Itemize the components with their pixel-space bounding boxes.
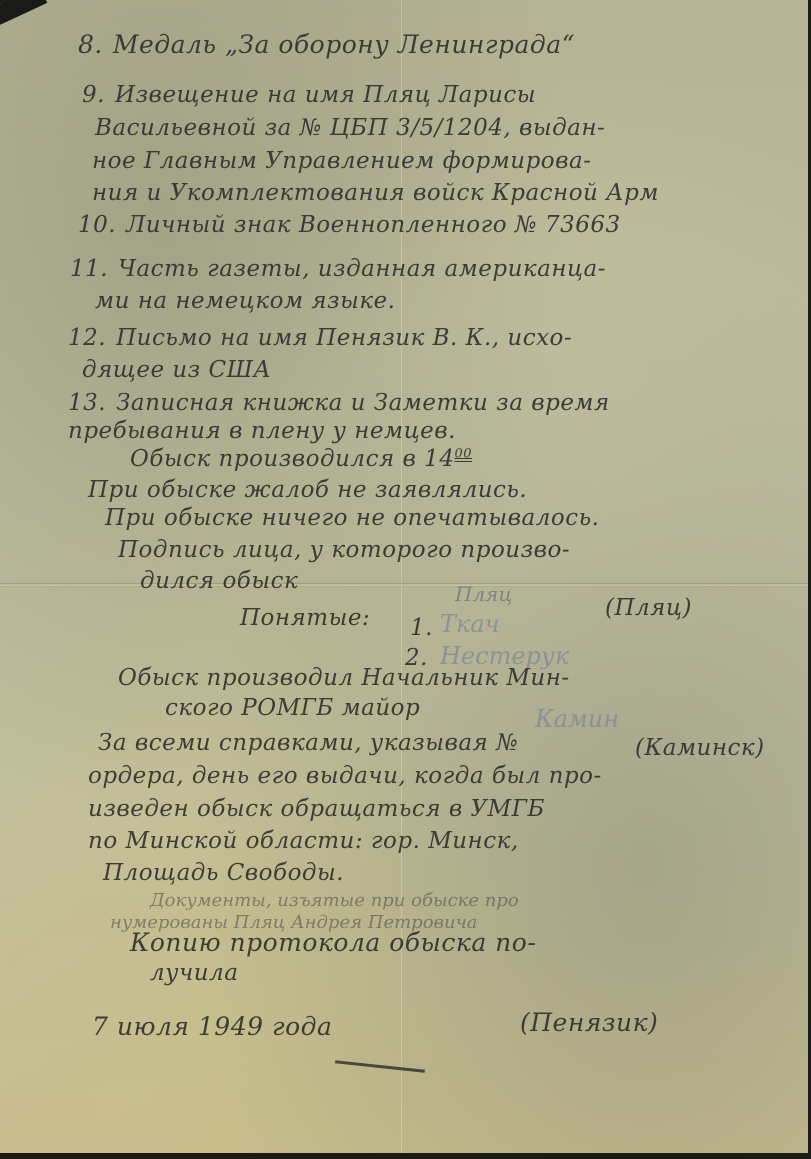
statement-signature-line-1: Подпись лица, у которого произво-	[118, 537, 570, 563]
inquiry-note-line-4: по Минской области: гор. Минск,	[88, 828, 519, 854]
officer-signature: Камин	[535, 705, 619, 733]
document-sheet: 8.Медаль „За оборону Ленинграда“ 9.Извещ…	[0, 0, 808, 1153]
officer-name: (Каминск)	[635, 735, 765, 761]
item-text: Медаль „За оборону Ленинграда“	[113, 30, 575, 59]
item-9: 9.Извещение на имя Пляц Ларисы	[82, 82, 536, 108]
item-9-line-2: Васильевной за № ЦБП 3/5/1204, выдан-	[95, 115, 605, 141]
conducted-by-line-2: ского РОМГБ майор	[165, 695, 420, 721]
copy-received-line-2: лучила	[150, 960, 238, 986]
final-signature: (Пенязик)	[520, 1008, 658, 1037]
inquiry-note-line-1: За всеми справками, указывая №	[98, 730, 518, 756]
item-8: 8.Медаль „За оборону Ленинграда“	[78, 30, 575, 59]
statement-signature-line-2: дился обыск	[140, 568, 298, 594]
item-11: 11.Часть газеты, изданная американца-	[70, 256, 606, 282]
date-underline	[335, 1060, 425, 1072]
inquiry-note-line-3: изведен обыск обращаться в УМГБ	[88, 796, 545, 822]
inquiry-note-line-5: Площадь Свободы.	[103, 860, 344, 886]
search-time-minutes: 00	[454, 446, 472, 461]
item-10: 10.Личный знак Военнопленного № 73663	[78, 212, 621, 238]
copy-received-line-1: Копию протокола обыска по-	[130, 928, 536, 957]
horizontal-fold-crease	[0, 583, 808, 587]
item-number: 11.	[70, 256, 108, 282]
item-number: 9.	[82, 82, 105, 108]
item-text: Личный знак Военнопленного № 73663	[126, 212, 621, 238]
witnesses-label: Понятые:	[240, 605, 370, 631]
faint-note-line-1: Документы, изъятые при обыске про	[150, 890, 519, 911]
torn-corner	[0, 0, 47, 32]
item-12: 12.Письмо на имя Пенязик В. К., исхо-	[68, 325, 572, 351]
item-number: 13.	[68, 390, 106, 416]
item-text: Часть газеты, изданная американца-	[118, 256, 606, 282]
item-13-line-2: пребывания в плену у немцев.	[68, 418, 456, 444]
item-12-line-2: дящее из США	[82, 357, 271, 383]
item-text: Письмо на имя Пенязик В. К., исхо-	[116, 325, 572, 351]
search-time: Обыск производился в 1400	[130, 446, 472, 472]
item-number: 10.	[78, 212, 116, 238]
item-9-line-3: ное Главным Управлением формирова-	[92, 148, 592, 174]
witness-1-signature: Ткач	[440, 610, 500, 638]
statement-complaints: При обыске жалоб не заявлялись.	[88, 477, 527, 503]
item-number: 12.	[68, 325, 106, 351]
person-name: (Пляц)	[605, 595, 692, 621]
person-signature-scrawl: Пляц	[455, 582, 512, 606]
search-time-text: Обыск производился в 14	[130, 446, 454, 472]
item-9-line-4: ния и Укомплектования войск Красной Арм	[92, 180, 659, 206]
document-date: 7 июля 1949 года	[92, 1012, 332, 1041]
statement-sealed: При обыске ничего не опечатывалось.	[105, 505, 599, 531]
item-13: 13.Записная книжка и Заметки за время	[68, 390, 610, 416]
item-11-line-2: ми на немецком языке.	[95, 288, 395, 314]
item-text: Извещение на имя Пляц Ларисы	[115, 82, 536, 108]
conducted-by-line-1: Обыск производил Начальник Мин-	[118, 665, 570, 691]
inquiry-note-line-2: ордера, день его выдачи, когда был про-	[88, 763, 602, 789]
item-number: 8.	[78, 30, 103, 59]
witness-1-number: 1.	[410, 615, 433, 641]
item-text: Записная книжка и Заметки за время	[116, 390, 610, 416]
